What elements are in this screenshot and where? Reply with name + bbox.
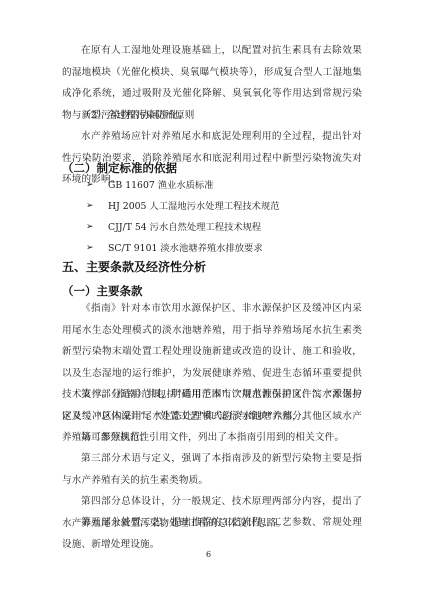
document-page: 在原有人工湿地处理设施基础上，以配置对抗生素具有去除效果的湿地模块（光催化模块、… <box>0 0 422 596</box>
subheading-full-process-principle: （2）全过程污染防治原则 <box>62 105 362 127</box>
arrow-bullet-icon: ➢ <box>86 238 108 259</box>
page-number: 6 <box>206 550 211 559</box>
heading-section-five: 五、主要条款及经济性分析 <box>62 258 206 275</box>
heading-basis: （二）制定标准的依据 <box>62 160 177 176</box>
standard-text: GB 11607 渔业水质标准 <box>108 175 214 196</box>
arrow-bullet-icon: ➢ <box>86 217 108 238</box>
list-item: ➢ SC/T 9101 淡水池塘养殖水排放要求 <box>86 238 366 259</box>
paragraph-part-five: 第五部分处置工艺，提出推荐的工艺流程、工艺参数、常规处理设施、新增处理设施。 <box>62 512 362 555</box>
arrow-bullet-icon: ➢ <box>86 175 108 196</box>
list-item: ➢ CJJ/T 54 污水自然处理工程技术规程 <box>86 217 366 238</box>
paragraph-part-three: 第三部分术语与定义，强调了本指南涉及的新型污染物主要是指与水产养殖有关的抗生素类… <box>62 448 362 491</box>
standard-text: CJJ/T 54 污水自然处理工程技术规程 <box>108 217 261 238</box>
heading-main-clauses: （一）主要条款 <box>62 283 143 299</box>
paragraph-part-two: 第二部分规范性引用文件，列出了本指南引用到的相关文件。 <box>62 427 362 449</box>
standards-list: ➢ GB 11607 渔业水质标准 ➢ HJ 2005 人工湿地污水处理工程技术… <box>86 175 366 259</box>
arrow-bullet-icon: ➢ <box>86 196 108 217</box>
list-item: ➢ GB 11607 渔业水质标准 <box>86 175 366 196</box>
standard-text: SC/T 9101 淡水池塘养殖水排放要求 <box>108 238 263 259</box>
standard-text: HJ 2005 人工湿地污水处理工程技术规范 <box>108 196 280 217</box>
list-item: ➢ HJ 2005 人工湿地污水处理工程技术规范 <box>86 196 366 217</box>
